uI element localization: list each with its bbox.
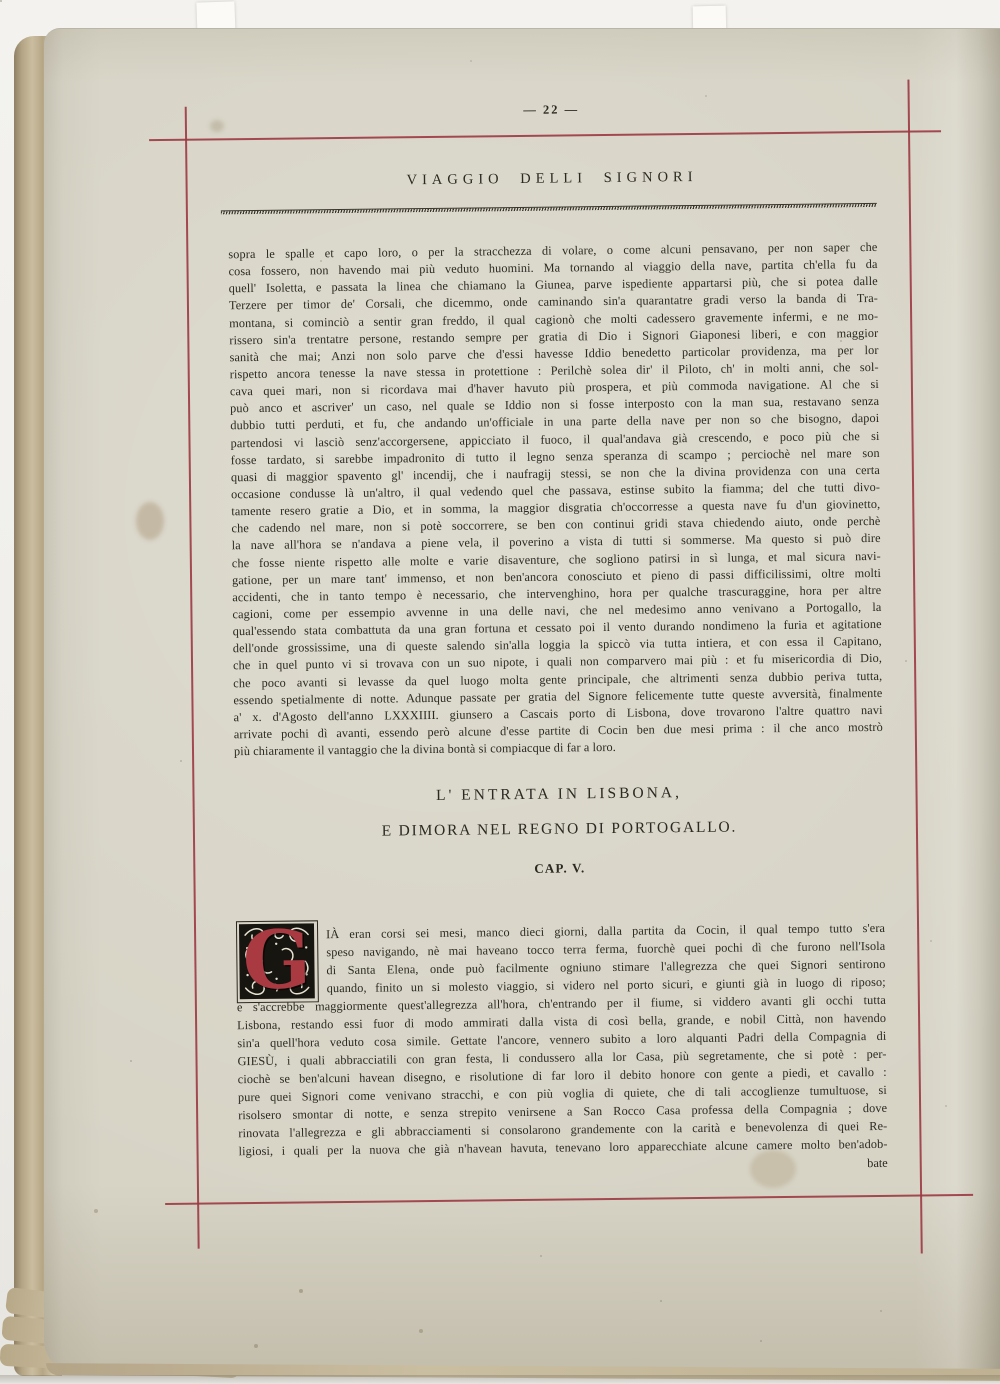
body-paragraph-1: sopra le spalle et capo loro, o per la s…: [228, 239, 883, 743]
paragraph-2-full-lines: e s'accrebbe maggiormente quest'allegrez…: [237, 991, 888, 1160]
paper-specks: [0, 0, 2, 2]
body-paragraph-2: G IÀ eran corsi sei mesi, manco dieci gi…: [236, 915, 888, 1179]
paragraph-2-indented-lines: IÀ eran corsi sei mesi, manco dieci gior…: [326, 915, 886, 997]
running-head: VIAGGIO DELLI SIGNORI: [227, 167, 876, 191]
drop-cap-panel: G: [239, 923, 315, 999]
red-frame-right-rule: [907, 80, 922, 1254]
red-frame-bottom-rule: [165, 1194, 973, 1205]
red-frame-left-rule: [185, 107, 200, 1249]
drop-cap: G: [236, 920, 319, 1003]
page-number: — 22 —: [227, 99, 876, 121]
red-frame-top-rule: [149, 130, 941, 141]
printed-page-content: — 22 — VIAGGIO DELLI SIGNORI sopra le sp…: [0, 0, 1000, 1384]
drop-cap-letter: G: [239, 923, 315, 999]
section-heading-line-2: E DIMORA NEL REGNO DI PORTOGALLO.: [235, 817, 884, 842]
section-heading-line-1: L' ENTRATA IN LISBONA,: [234, 782, 883, 807]
chapter-heading: CAP. V.: [235, 857, 884, 880]
running-head-rule: [221, 203, 877, 214]
book-photo: — 22 — VIAGGIO DELLI SIGNORI sopra le sp…: [0, 0, 1000, 1384]
